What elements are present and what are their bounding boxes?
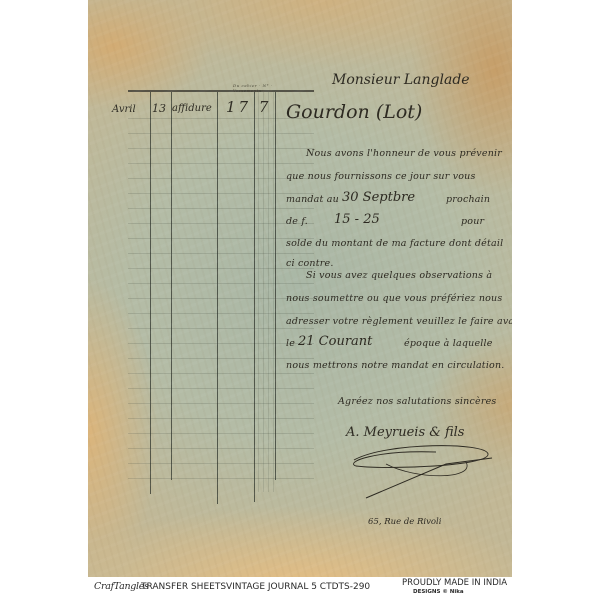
- letter-line: de f.: [286, 216, 308, 227]
- letter-closing: Agréez nos salutations sincères: [338, 396, 496, 407]
- letter-line: solde du montant de ma facture dont déta…: [286, 238, 503, 249]
- ledger-day: 13: [152, 102, 166, 115]
- letter-line: prochain: [446, 194, 490, 205]
- letter-place: Gourdon (Lot): [286, 101, 422, 123]
- transfer-sheet-artwork: Du cahier · N° · Versements Avril 13 aff…: [88, 0, 512, 577]
- letter-date: 30 Septbre: [342, 190, 415, 205]
- letter-line: que nous fournissons ce jour sur vous: [286, 171, 476, 182]
- letter-amount: 15 - 25: [334, 212, 380, 227]
- letter-deadline: 21 Courant: [298, 334, 372, 349]
- signature-flourish-icon: [346, 440, 496, 500]
- product-line-label: TRANSFER SHEETS: [141, 582, 226, 592]
- letter-line: mandat au: [286, 194, 339, 205]
- ledger-column-rule: [150, 92, 151, 494]
- letter-line: nous mettrons notre mandat en circulatio…: [286, 360, 505, 371]
- ledger-column-rule: [217, 92, 218, 504]
- letter-line: époque à laquelle: [404, 338, 493, 349]
- product-footer: CrafTangles TRANSFER SHEETS VINTAGE JOUR…: [0, 577, 600, 600]
- letter-line: Si vous avez quelques observations à: [306, 270, 492, 281]
- letter-signature: A. Meyrueis & fils: [346, 425, 464, 440]
- ledger-column-rule: [171, 92, 172, 480]
- ledger-fine-grid: [258, 92, 274, 492]
- letter-line: Nous avons l'honneur de vous prévenir: [306, 148, 502, 159]
- ledger-description: affidure: [172, 103, 212, 114]
- product-name-label: VINTAGE JOURNAL 5 CTDTS-290: [226, 582, 370, 592]
- letter-street-address: 65, Rue de Rivoli: [368, 517, 441, 527]
- designer-credit: DESIGNS © Nika: [413, 589, 464, 595]
- made-in-label: PROUDLY MADE IN INDIA: [402, 578, 507, 588]
- handwritten-letter: Monsieur Langlade Gourdon (Lot) Nous avo…: [286, 0, 512, 577]
- letter-addressee: Monsieur Langlade: [332, 72, 470, 88]
- letter-line: nous soumettre ou que vous préfériez nou…: [286, 293, 502, 304]
- letter-line: le: [286, 338, 295, 349]
- ledger-column-rule: [275, 92, 276, 480]
- letter-line: ci contre.: [286, 258, 334, 269]
- ledger-month: Avril: [112, 104, 136, 115]
- ledger-column-rule: [254, 92, 255, 502]
- ledger-section: Du cahier · N° · Versements Avril 13 aff…: [88, 0, 288, 577]
- ledger-amount: 17 7: [226, 98, 271, 116]
- letter-line: adresser votre règlement veuillez le fai…: [286, 316, 512, 327]
- letter-line: pour: [461, 216, 484, 227]
